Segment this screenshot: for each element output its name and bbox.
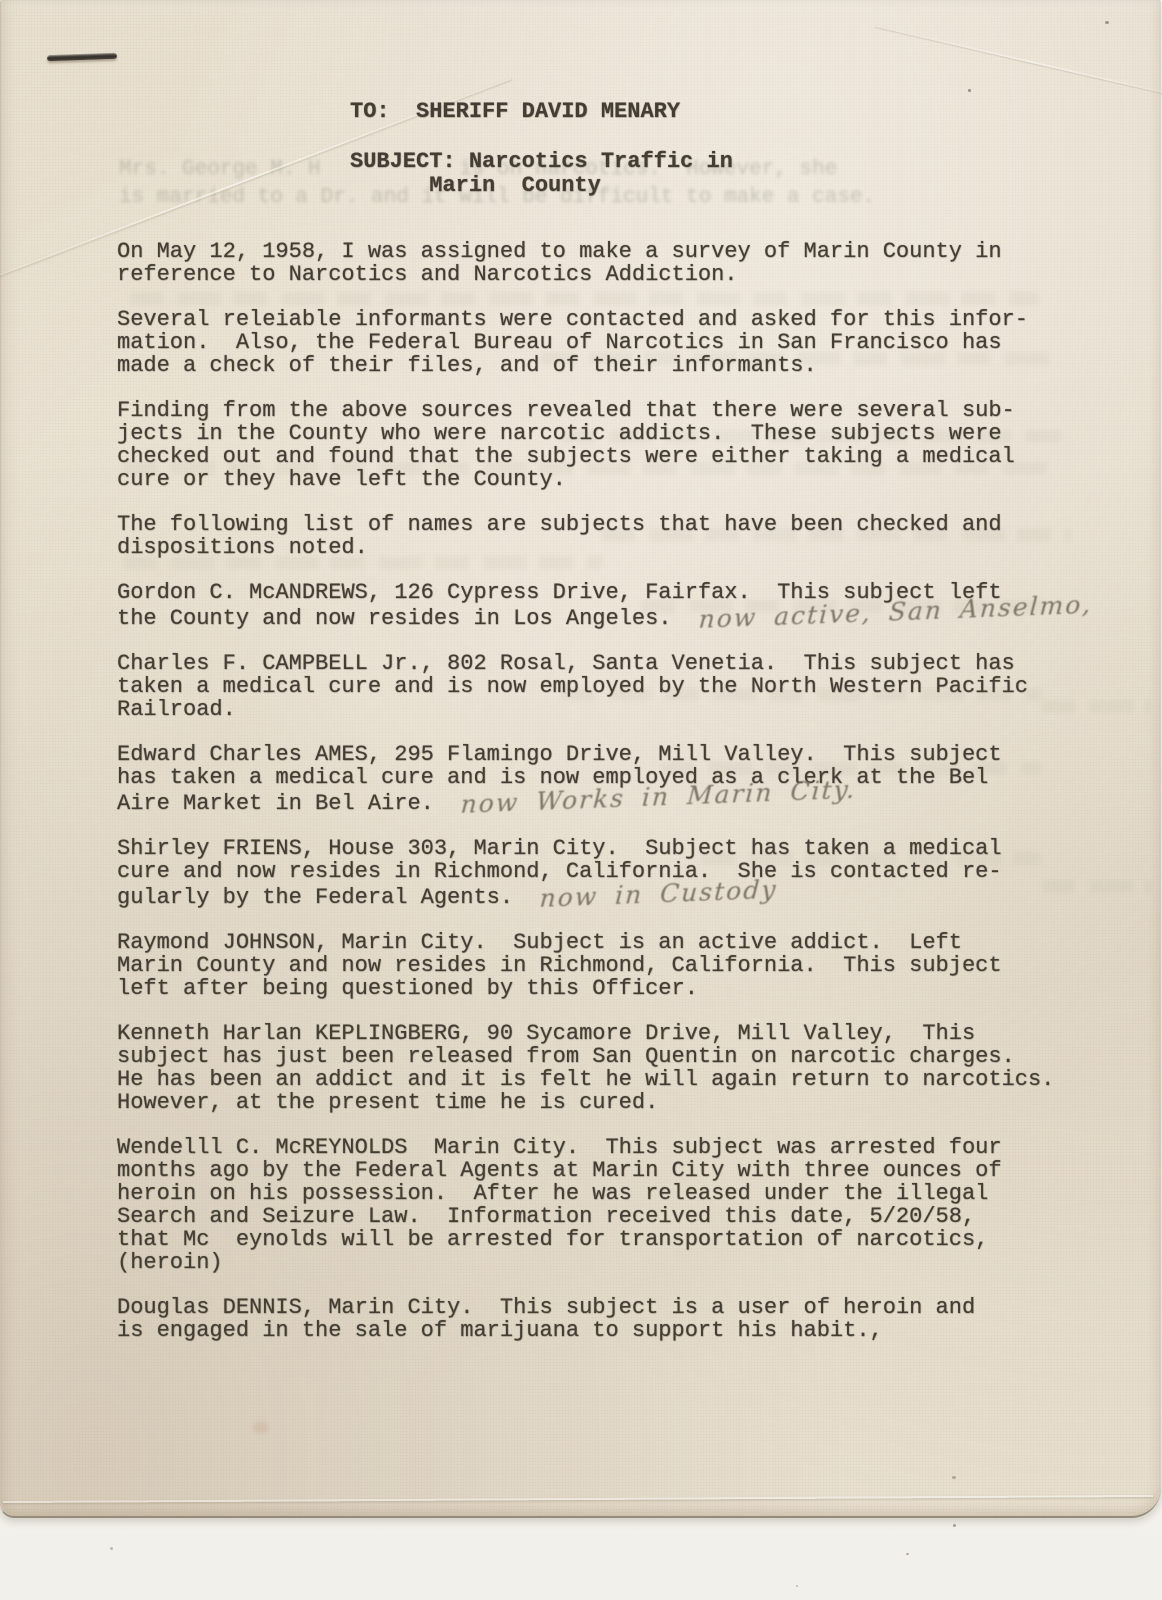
typed-line: The following list of names are subjects… [117, 513, 1117, 536]
typed-line: reference to Narcotics and Narcotics Add… [117, 263, 1117, 286]
typed-line: Several releiable informants were contac… [117, 308, 1117, 331]
typed-line: made a check of their files, and of thei… [117, 354, 1117, 377]
typed-line: On May 12, 1958, I was assigned to make … [117, 240, 1117, 263]
memo-subject-line2: Marin County [350, 174, 733, 198]
typed-line: dispositions noted. [117, 536, 1117, 559]
typed-line: Edward Charles AMES, 295 Flamingo Drive,… [117, 743, 1117, 766]
typed-line: Douglas DENNIS, Marin City. This subject… [117, 1296, 1117, 1319]
paragraph: Kenneth Harlan KEPLINGBERG, 90 Sycamore … [117, 1022, 1117, 1114]
paragraph: Raymond JOHNSON, Marin City. Subject is … [117, 931, 1117, 1000]
typed-line: Railroad. [117, 698, 1117, 721]
handwritten-annotation: now in Custody [539, 878, 778, 910]
paragraph: Several releiable informants were contac… [117, 308, 1117, 377]
dust-speck [110, 1547, 113, 1550]
typed-line: that Mc eynolds will be arrested for tra… [117, 1228, 1117, 1251]
paragraph: On May 12, 1958, I was assigned to make … [117, 240, 1117, 286]
paper-stain [253, 1422, 269, 1433]
typed-line: taken a medical cure and is now employed… [117, 675, 1117, 698]
paragraph: Shirley FRIENS, House 303, Marin City. S… [117, 837, 1117, 909]
dust-speck [1105, 21, 1109, 24]
typed-line: Marin County and now resides in Richmond… [117, 954, 1117, 977]
staple [47, 53, 117, 61]
typed-line: cure or they have left the County. [117, 468, 1117, 491]
typed-line: Charles F. CAMPBELL Jr., 802 Rosal, Sant… [117, 652, 1117, 675]
typed-line: (heroin) [117, 1251, 1117, 1274]
typed-line: left after being questioned by this Offi… [117, 977, 1117, 1000]
paragraph: Douglas DENNIS, Marin City. This subject… [117, 1296, 1117, 1342]
scanned-memo-screenshot: { "colors": { "background": "#f6f4f0", "… [0, 0, 1162, 1600]
typed-line: Wendelll C. McREYNOLDS Marin City. This … [117, 1136, 1117, 1159]
typed-line: is engaged in the sale of marijuana to s… [117, 1319, 1117, 1342]
paragraph: Gordon C. McANDREWS, 126 Cypress Drive, … [117, 581, 1117, 630]
typed-line: gularly by the Federal Agents.now in Cus… [117, 883, 1117, 909]
typed-line: He has been an addict and it is felt he … [117, 1068, 1117, 1091]
typed-line: the County and now resides in Los Angele… [117, 604, 1117, 630]
paragraph: Finding from the above sources revealed … [117, 399, 1117, 491]
dust-speck [953, 1524, 956, 1527]
paragraph: Charles F. CAMPBELL Jr., 802 Rosal, Sant… [117, 652, 1117, 721]
typed-line: Raymond JOHNSON, Marin City. Subject is … [117, 931, 1117, 954]
typed-line: jects in the County who were narcotic ad… [117, 422, 1117, 445]
dust-speck [968, 89, 971, 92]
typed-line: months ago by the Federal Agents at Mari… [117, 1159, 1117, 1182]
typed-line: subject has just been released from San … [117, 1045, 1117, 1068]
paragraph: Edward Charles AMES, 295 Flamingo Drive,… [117, 743, 1117, 815]
dust-speck [952, 1476, 956, 1479]
typed-line: Shirley FRIENS, House 303, Marin City. S… [117, 837, 1117, 860]
typed-line: Search and Seizure Law. Information rece… [117, 1205, 1117, 1228]
paragraph: The following list of names are subjects… [117, 513, 1117, 559]
paper-bottom-crease [3, 1495, 1153, 1503]
document-body: On May 12, 1958, I was assigned to make … [117, 240, 1117, 1364]
typed-line: Aire Market in Bel Aire.now Works in Mar… [117, 789, 1117, 815]
memo-to-line: TO: SHERIFF DAVID MENARY [350, 100, 733, 124]
typed-line: cure and now resides in Richmond, Califo… [117, 860, 1117, 883]
dust-speck [796, 1585, 798, 1587]
typed-line: checked out and found that the subjects … [117, 445, 1117, 468]
paragraph: Wendelll C. McREYNOLDS Marin City. This … [117, 1136, 1117, 1274]
typed-line: heroin on his possession. After he was r… [117, 1182, 1117, 1205]
typed-line: mation. Also, the Federal Bureau of Narc… [117, 331, 1117, 354]
typed-line: Kenneth Harlan KEPLINGBERG, 90 Sycamore … [117, 1022, 1117, 1045]
typed-line: However, at the present time he is cured… [117, 1091, 1117, 1114]
typed-line: Finding from the above sources revealed … [117, 399, 1117, 422]
memo-subject-line: SUBJECT: Narcotics Traffic in [350, 150, 733, 174]
paper-sheet: Mrs. George M. H is on narcotics. Howeve… [0, 0, 1161, 1518]
paper-crease [875, 25, 1162, 101]
memo-header: TO: SHERIFF DAVID MENARY SUBJECT: Narcot… [350, 100, 733, 198]
dust-speck [906, 1553, 909, 1555]
